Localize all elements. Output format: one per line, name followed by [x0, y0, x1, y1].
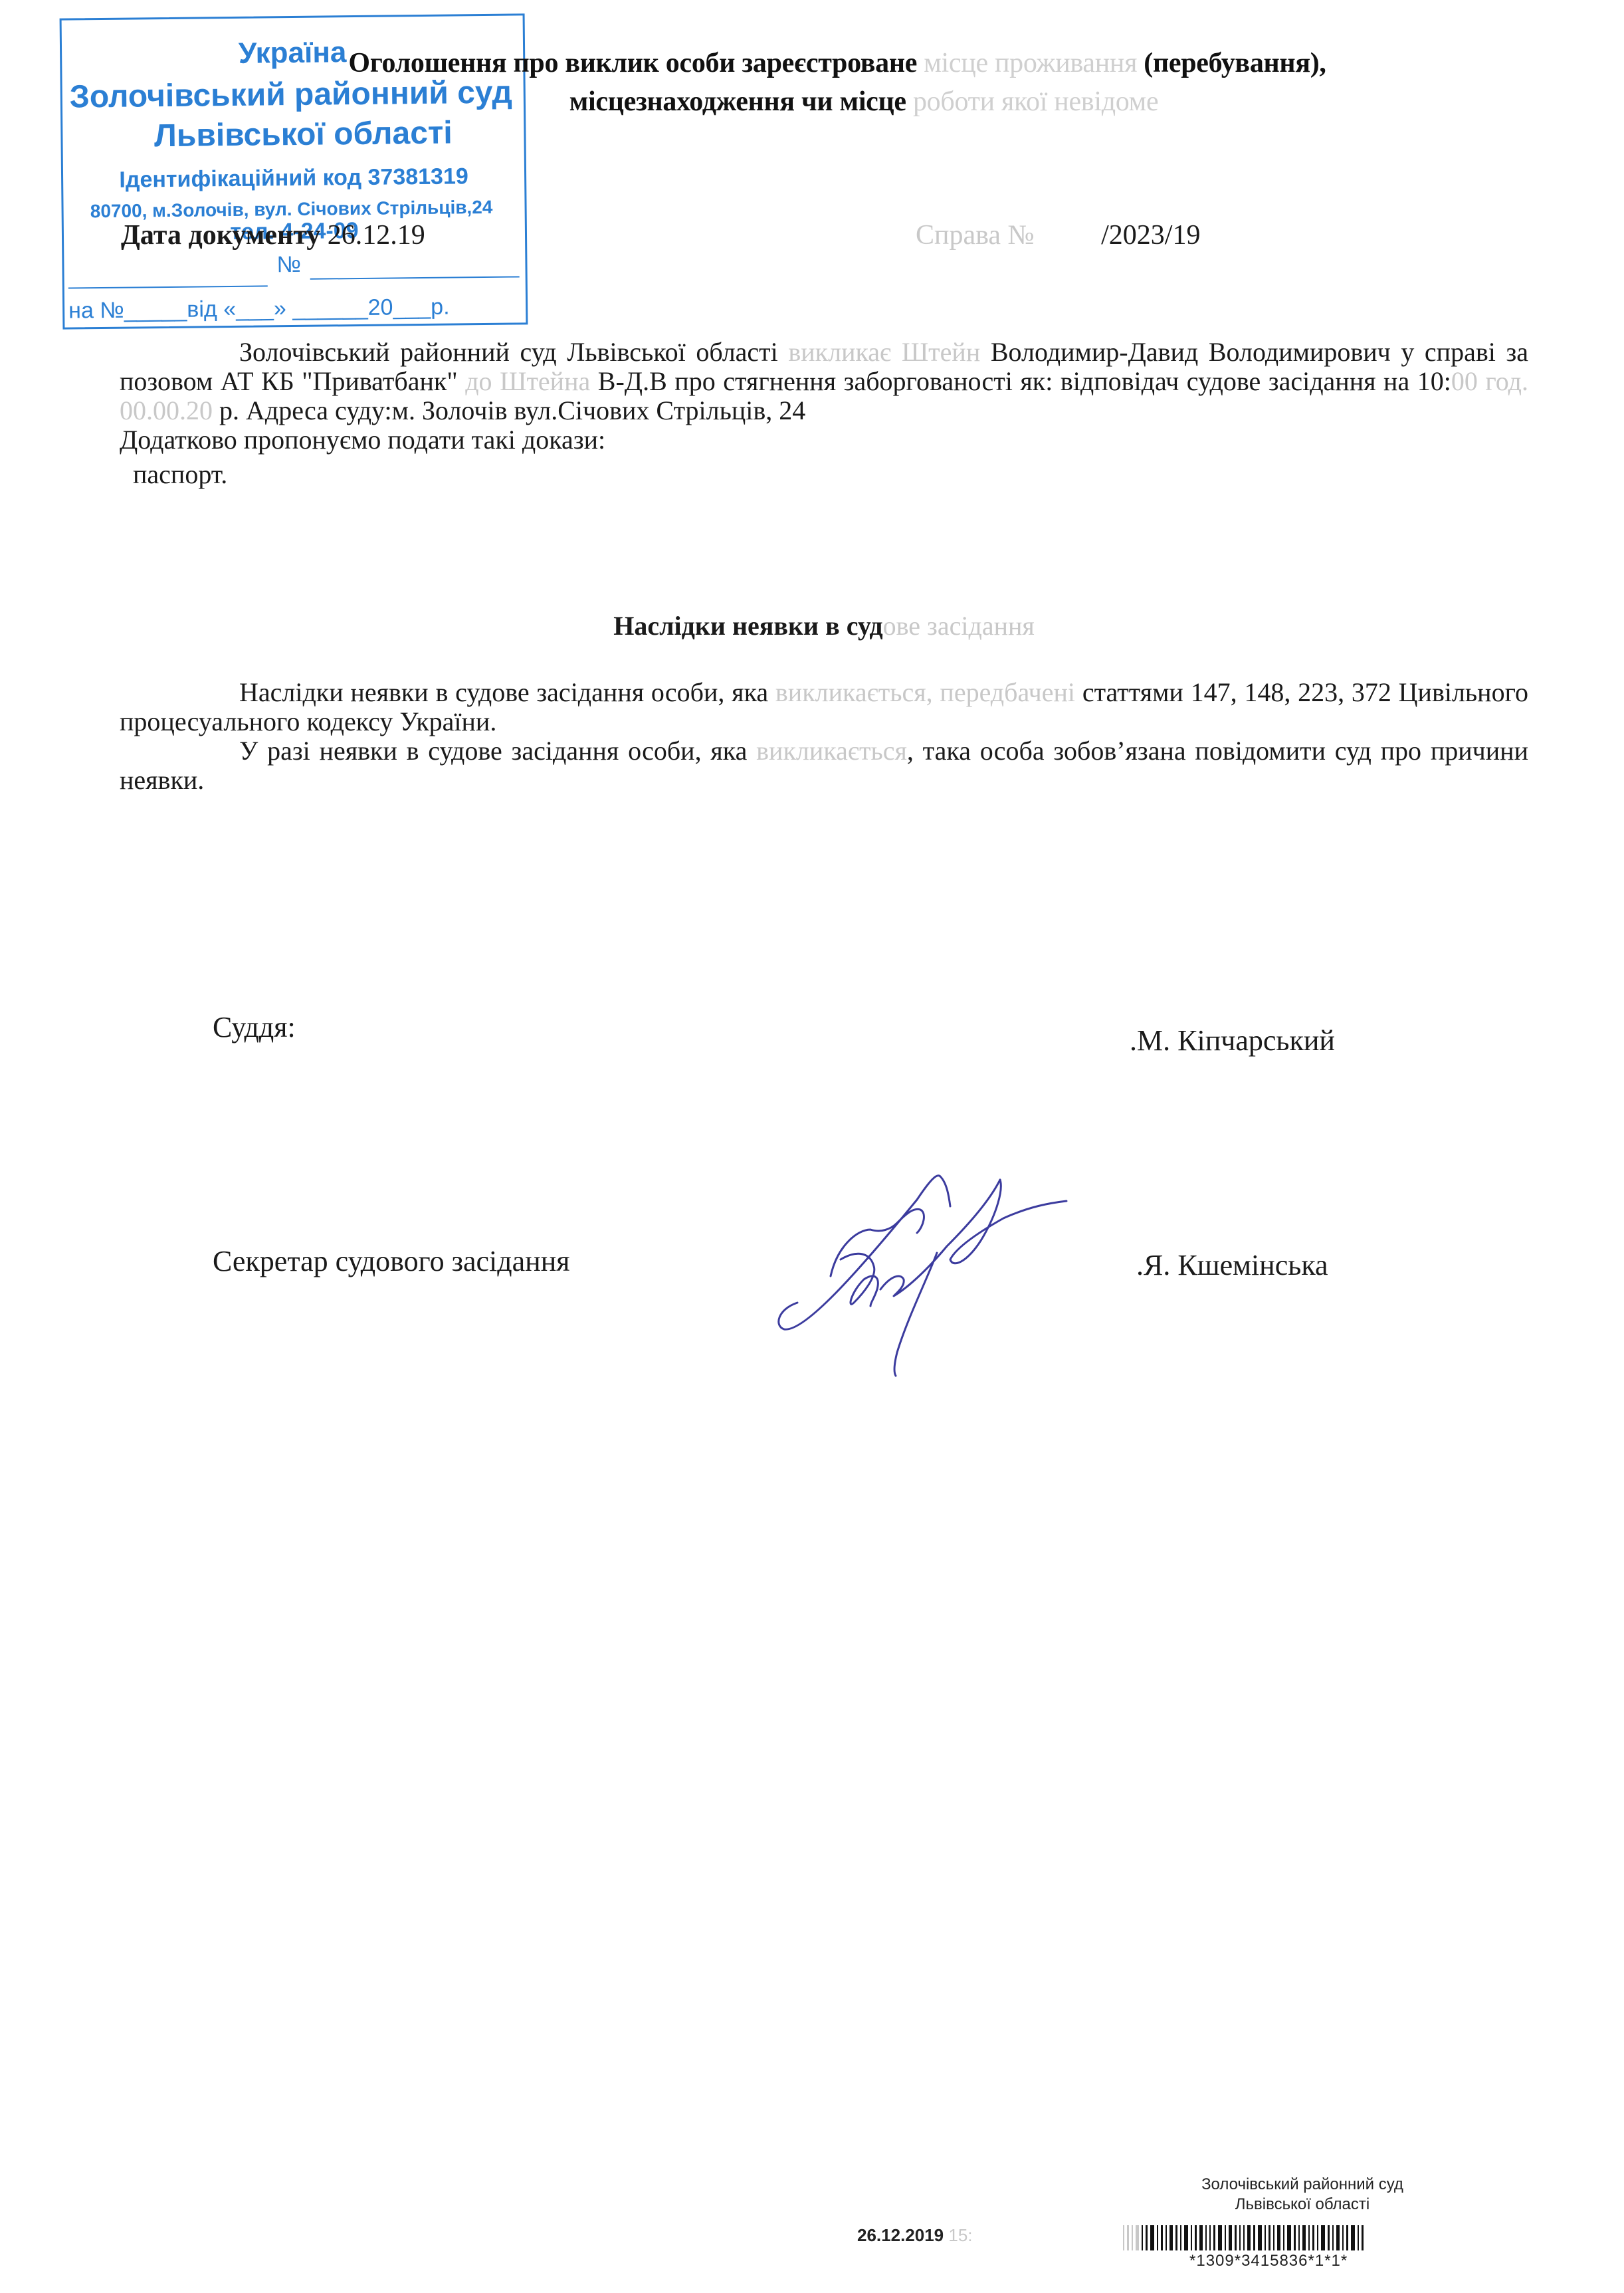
barcode-bar	[1362, 2225, 1364, 2250]
footer-court-name: Золочівський районний суд Львівської обл…	[1150, 2175, 1455, 2215]
barcode-bar	[1312, 2225, 1314, 2250]
barcode-bar	[1247, 2225, 1251, 2250]
barcode-bar	[1184, 2225, 1188, 2250]
barcode-bar	[1342, 2225, 1344, 2250]
barcode-bar	[1317, 2225, 1318, 2250]
handwritten-signature-icon	[764, 1160, 1110, 1386]
barcode-bar	[1205, 2225, 1207, 2250]
barcode-bar	[1142, 2225, 1143, 2250]
consequences-text-1: Наслідки неявки в судове засідання особи…	[239, 677, 775, 707]
consequences-paragraph-2: У разі неявки в судове засідання особи, …	[120, 736, 1528, 795]
barcode-bar	[1127, 2225, 1129, 2250]
document-date-label: Дата документу	[121, 220, 320, 251]
barcode-bar	[1243, 2225, 1245, 2250]
judge-name: .М. Кіпчарський	[1130, 1024, 1335, 1057]
secretary-label: Секретар судового засідання	[213, 1244, 570, 1278]
document-date-value: 26.12.19	[328, 220, 425, 251]
title-line-1-redacted: місце проживання	[924, 48, 1137, 78]
barcode-bar	[1157, 2225, 1158, 2250]
evidence-request: Додатково пропонуємо подати такі докази:	[120, 425, 1528, 455]
summons-redacted-1: викликає Штейн	[788, 337, 980, 367]
barcode-bar	[1175, 2225, 1177, 2250]
barcode-bar	[1351, 2225, 1355, 2250]
summons-body: Золочівський районний суд Львівської обл…	[120, 338, 1528, 489]
stamp-number-label: №	[64, 249, 525, 280]
evidence-item: паспорт.	[120, 460, 1528, 489]
barcode-bar	[1346, 2225, 1348, 2250]
summons-text-1: Золочівський районний суд Львівської обл…	[239, 337, 788, 367]
barcode-bar	[1199, 2225, 1203, 2250]
document-title: Оголошення про виклик особи зареєстрован…	[213, 44, 1462, 121]
barcode-bar	[1235, 2225, 1237, 2250]
barcode-bar	[1336, 2225, 1340, 2250]
barcode-bar	[1332, 2225, 1334, 2250]
barcode-bar	[1180, 2225, 1181, 2250]
barcode-bar	[1287, 2225, 1291, 2250]
summons-text-3: В-Д.В про стягнення заборгованості як: в…	[590, 366, 1451, 396]
footer-date: 26.12.2019	[857, 2225, 944, 2245]
consequences-text-3: У разі неявки в судове засідання особи, …	[239, 736, 756, 766]
barcode-bar	[1161, 2225, 1163, 2250]
document-date: Дата документу 26.12.19	[121, 219, 425, 251]
barcode-bar	[1225, 2225, 1226, 2250]
title-line-1-text: Оголошення про виклик особи зареєстрован…	[348, 48, 924, 78]
barcode-bar	[1123, 2225, 1124, 2250]
stamp-id-code: Ідентифікаційний код 37381319	[63, 163, 524, 193]
case-number: Справа № /2023/19	[916, 219, 1200, 251]
barcode-bar	[1229, 2225, 1232, 2250]
summons-text-4: р. Адреса суду:м. Золочів вул.Січових Ст…	[213, 395, 805, 425]
barcode-bar	[1150, 2225, 1154, 2250]
judge-label: Суддя:	[213, 1010, 296, 1044]
consequences-redacted-1: викликається, передбачені	[775, 677, 1075, 707]
title-line-2-redacted: роботи якої невідоме	[913, 86, 1158, 117]
footer-court-line-2: Львівської області	[1150, 2195, 1455, 2215]
footer-timestamp: 26.12.2019 15:	[857, 2225, 973, 2246]
barcode-bar	[1358, 2225, 1359, 2250]
title-line-1-end: (перебування),	[1137, 48, 1326, 78]
barcode-bar	[1265, 2225, 1266, 2250]
footer-time-redacted: 15:	[948, 2225, 972, 2245]
barcode-bar	[1298, 2225, 1300, 2250]
barcode-bar	[1258, 2225, 1262, 2250]
case-number-value: /2023/19	[1101, 220, 1200, 251]
footer-court-line-1: Золочівський районний суд	[1150, 2175, 1455, 2195]
summons-redacted-2: до Штейна	[465, 366, 590, 396]
barcode-bar	[1209, 2225, 1211, 2250]
barcode-bar	[1218, 2225, 1222, 2250]
barcode-bar	[1302, 2225, 1306, 2250]
barcode-bar	[1195, 2225, 1197, 2250]
barcode-bar	[1277, 2225, 1280, 2250]
barcode-bar	[1308, 2225, 1310, 2250]
secretary-name: .Я. Кшемінська	[1136, 1248, 1328, 1282]
barcode-bar	[1253, 2225, 1255, 2250]
consequences-body: Наслідки неявки в судове засідання особи…	[120, 678, 1528, 795]
barcode-bar	[1213, 2225, 1215, 2250]
barcode-bar	[1166, 2225, 1167, 2250]
stamp-reference-line: на №_____від «___» ______20___р.	[64, 293, 526, 324]
title-line-1: Оголошення про виклик особи зареєстрован…	[213, 44, 1462, 82]
barcode-icon	[1123, 2225, 1528, 2250]
title-line-2: місцезнаходження чи місце роботи якої не…	[213, 82, 1462, 121]
barcode-bar	[1321, 2225, 1325, 2250]
barcode-bar	[1294, 2225, 1296, 2250]
barcode-bar	[1136, 2225, 1139, 2250]
barcode-bar	[1146, 2225, 1148, 2250]
barcode-bar	[1269, 2225, 1270, 2250]
stamp-rule-left	[68, 285, 268, 288]
consequences-heading: Наслідки неявки в судове засідання	[120, 610, 1528, 641]
barcode-bar	[1328, 2225, 1330, 2250]
summons-paragraph: Золочівський районний суд Львівської обл…	[120, 338, 1528, 425]
barcode-bar	[1283, 2225, 1284, 2250]
barcode-bar	[1273, 2225, 1274, 2250]
barcode-bar	[1191, 2225, 1192, 2250]
consequences-paragraph-1: Наслідки неявки в судове засідання особи…	[120, 678, 1528, 736]
consequences-redacted-2: викликається	[756, 736, 907, 766]
barcode-bar	[1169, 2225, 1173, 2250]
barcode-bar	[1239, 2225, 1241, 2250]
consequences-heading-text: Наслідки неявки в суд	[613, 611, 882, 641]
consequences-heading-redacted: ове засідання	[883, 611, 1035, 641]
case-number-label: Справа №	[916, 220, 1035, 251]
barcode-bar	[1132, 2225, 1133, 2250]
title-line-2-text: місцезнаходження чи місце	[569, 86, 913, 117]
barcode-number: *1309*3415836*1*1*	[1189, 2252, 1348, 2270]
